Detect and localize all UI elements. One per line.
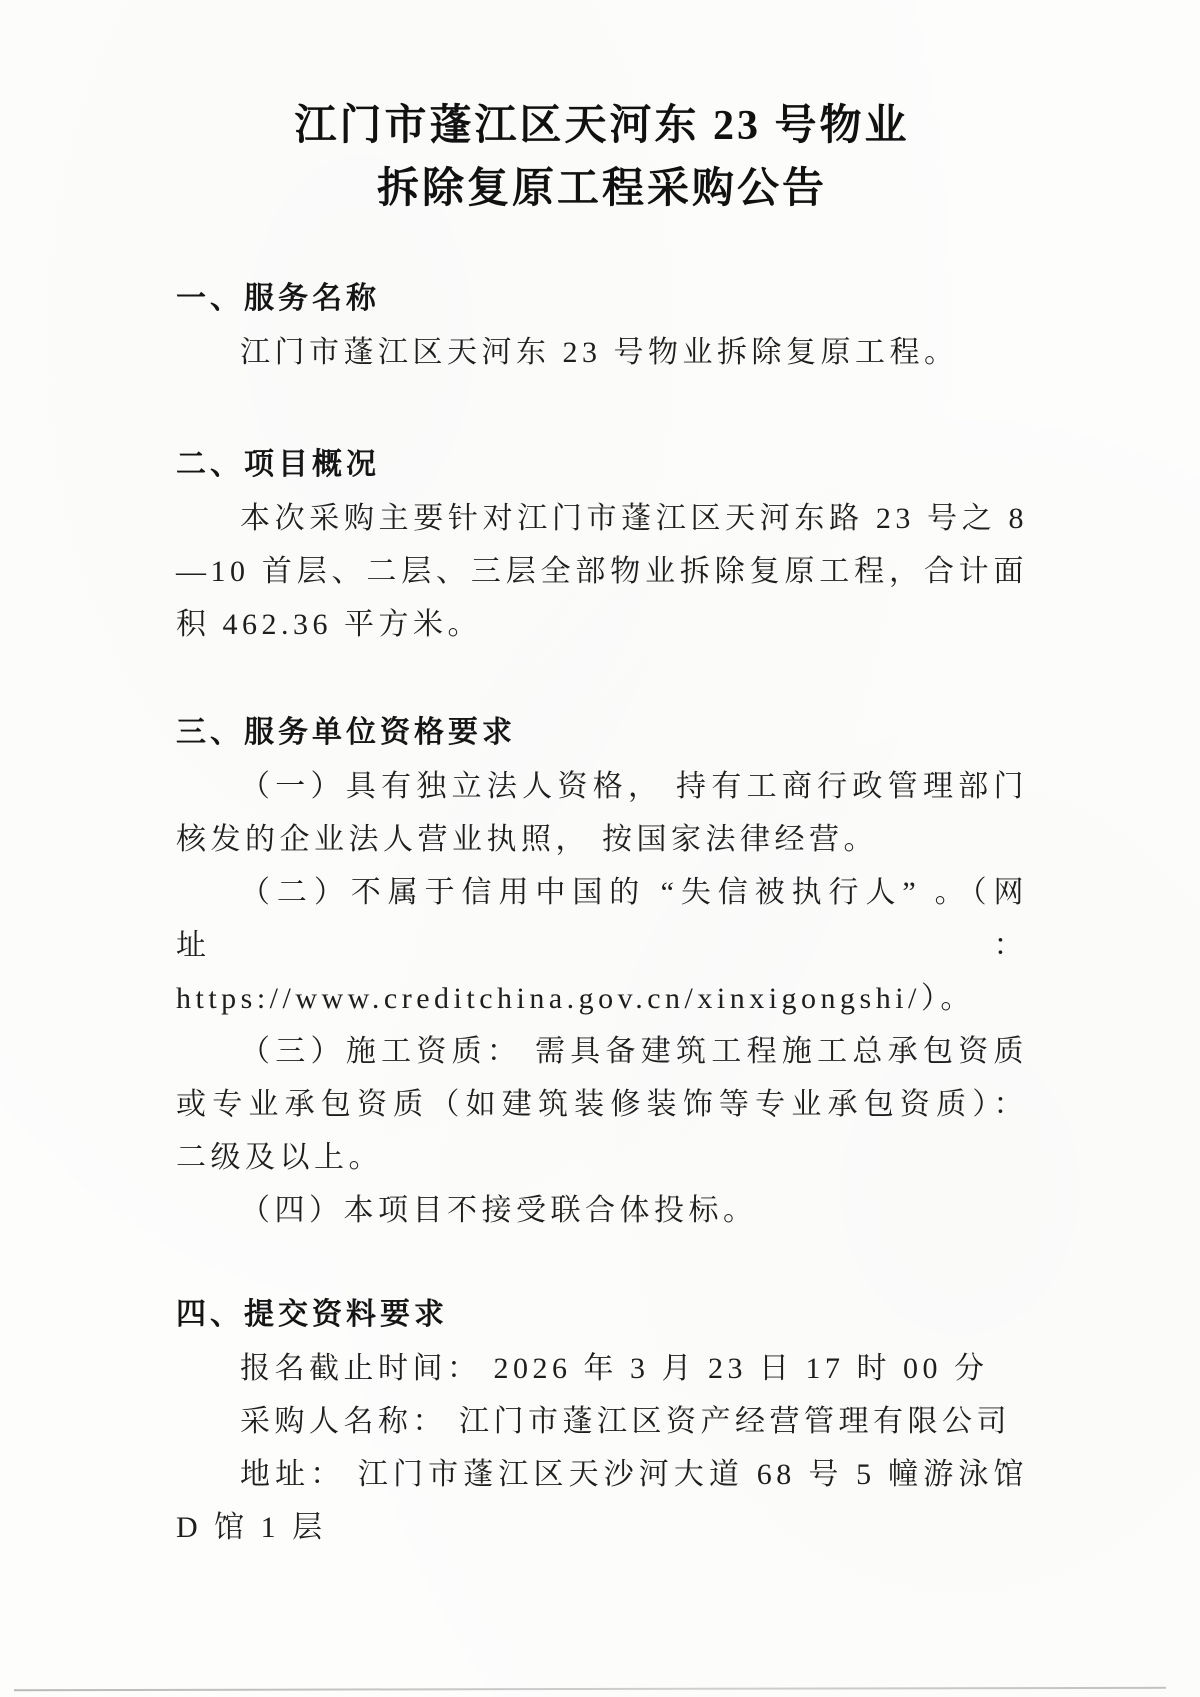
section-service-name: 一、服务名称 江门市蓬江区天河东 23 号物业拆除复原工程。 bbox=[176, 271, 1028, 379]
paragraph-qualification-item-1: （一）具有独立法人资格， 持有工商行政管理部门核发的企业法人营业执照， 按国家法… bbox=[176, 760, 1028, 866]
document-title-line-2: 拆除复原工程采购公告 bbox=[176, 158, 1028, 221]
paragraph-registration-deadline: 报名截止时间： 2026 年 3 月 23 日 17 时 00 分 bbox=[176, 1342, 1028, 1395]
document-title-line-1: 江门市蓬江区天河东 23 号物业 bbox=[176, 95, 1028, 158]
section-submission-requirements: 四、提交资料要求 报名截止时间： 2026 年 3 月 23 日 17 时 00… bbox=[176, 1287, 1028, 1554]
paragraph-service-name: 江门市蓬江区天河东 23 号物业拆除复原工程。 bbox=[176, 326, 1028, 379]
section-project-overview: 二、项目概况 本次采购主要针对江门市蓬江区天河东路 23 号之 8 —10 首层… bbox=[176, 437, 1028, 651]
paragraph-purchaser-name: 采购人名称： 江门市蓬江区资产经营管理有限公司 bbox=[176, 1395, 1028, 1448]
section-heading-service-name: 一、服务名称 bbox=[176, 271, 1028, 326]
section-heading-project-overview: 二、项目概况 bbox=[176, 437, 1028, 492]
scan-edge-line bbox=[14, 1687, 1166, 1691]
paragraph-purchaser-address: 地址： 江门市蓬江区天沙河大道 68 号 5 幢游泳馆 D 馆 1 层 bbox=[176, 1448, 1028, 1554]
section-heading-submission-requirements: 四、提交资料要求 bbox=[176, 1287, 1028, 1342]
paragraph-qualification-item-3: （三）施工资质： 需具备建筑工程施工总承包资质或专业承包资质（如建筑装修装饰等专… bbox=[176, 1025, 1028, 1184]
paragraph-qualification-item-4: （四）本项目不接受联合体投标。 bbox=[176, 1184, 1028, 1237]
paragraph-qualification-item-2-credit-china-url: （二）不属于信用中国的 “失信被执行人” 。（网址：https://www.cr… bbox=[176, 866, 1028, 1025]
section-qualification-requirements: 三、服务单位资格要求 （一）具有独立法人资格， 持有工商行政管理部门核发的企业法… bbox=[176, 705, 1028, 1237]
scanned-document-page: 江门市蓬江区天河东 23 号物业 拆除复原工程采购公告 一、服务名称 江门市蓬江… bbox=[0, 0, 1200, 1697]
paragraph-project-overview: 本次采购主要针对江门市蓬江区天河东路 23 号之 8 —10 首层、二层、三层全… bbox=[176, 492, 1028, 651]
document-title: 江门市蓬江区天河东 23 号物业 拆除复原工程采购公告 bbox=[176, 95, 1028, 221]
section-heading-qualification-requirements: 三、服务单位资格要求 bbox=[176, 705, 1028, 760]
